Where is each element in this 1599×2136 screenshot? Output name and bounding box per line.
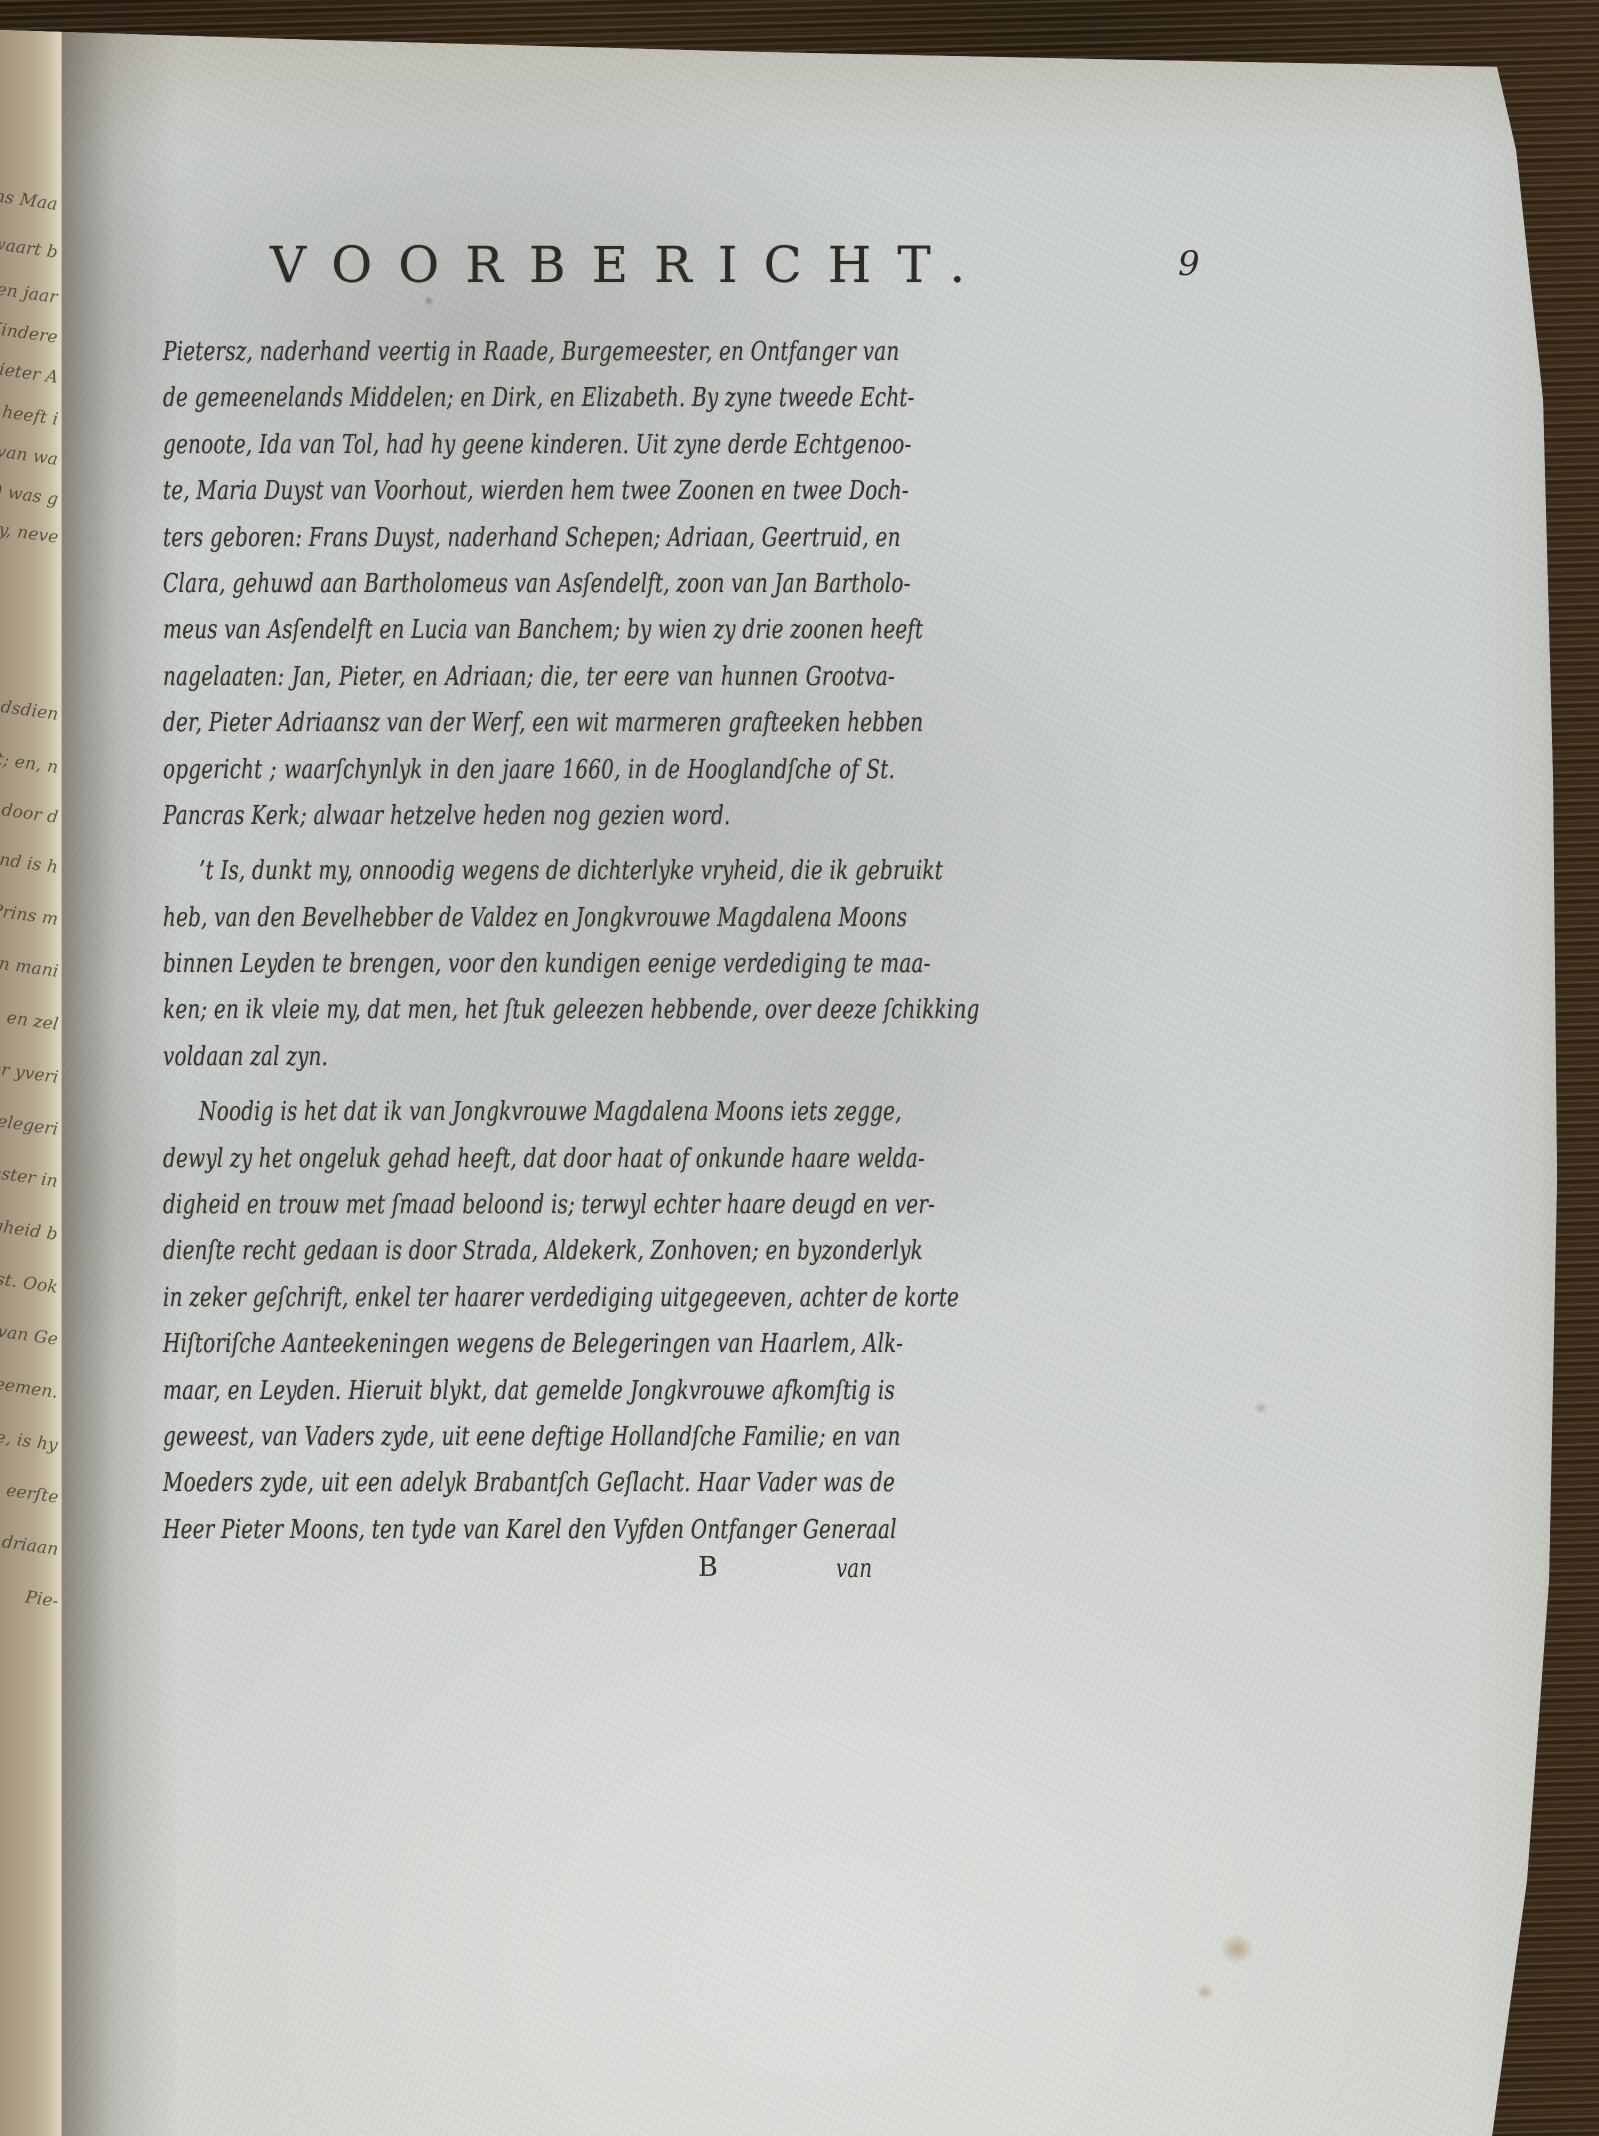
previous-page-edge: rens Maaverwaart bden jaarr KinderePiete…: [0, 0, 62, 2136]
previous-page-text-fragment: ars door d: [0, 796, 59, 828]
previous-page-text-fragment: hy, neve: [0, 518, 59, 548]
previous-page-text-fragment: n, en zel: [0, 1005, 59, 1035]
stain-spot: [1196, 1984, 1214, 2000]
previous-page-text-fragment: Adriaan: [0, 1530, 59, 1559]
previous-page-text-fragment: en mani: [0, 952, 59, 982]
previous-page-text-fragment: zeer yveri: [0, 1056, 59, 1088]
previous-page-text-fragment: s Prins m: [0, 899, 59, 930]
previous-page-text-fragment: den jaar: [0, 278, 59, 308]
previous-page-text-fragment: ) was g: [0, 481, 59, 510]
book-page: VOORBERICHT. 9 Pietersz, naderhand veert…: [0, 0, 1599, 2136]
previous-page-text-fragment: Godsdien: [0, 694, 59, 725]
signature-mark: B: [698, 1552, 718, 1583]
previous-page-text-fragment: cht; en, n: [0, 747, 59, 778]
stain-spot: [1220, 1934, 1254, 1964]
previous-page-text-fragment: Pieter A: [0, 358, 59, 388]
stain-spot: [1254, 1402, 1268, 1414]
text-line: voldaan zal zyn.: [163, 1026, 895, 1086]
page-title: VOORBERICHT.: [270, 236, 991, 294]
stain-spot: [424, 296, 434, 306]
previous-page-text-fragment: yne eerſte: [0, 1476, 59, 1508]
previous-page-text-fragment: Pie-: [23, 1587, 59, 1611]
previous-page-text-fragment: en van wa: [0, 438, 59, 470]
text-line: Heer Pieter Moons, ten tyde van Karel de…: [163, 1499, 895, 1559]
previous-page-text-fragment: meester in: [0, 1159, 59, 1192]
page-number: 9: [1178, 244, 1200, 284]
text-line: Pancras Kerk; alwaar hetzelve heden nog …: [163, 785, 895, 845]
previous-page-text-fragment: Belegeri: [0, 1110, 59, 1140]
previous-page-text-fragment: e van Ge: [0, 1319, 59, 1349]
previous-page-text-fragment: rens Maa: [0, 184, 59, 215]
previous-page-text-fragment: r Kindere: [0, 316, 59, 347]
previous-page-text-fragment: verwaart b: [0, 230, 59, 263]
previous-page-text-fragment: rhand is h: [0, 846, 59, 878]
catchword: van: [836, 1552, 872, 1583]
previous-page-text-fragment: neemen.: [0, 1373, 59, 1403]
previous-page-text-fragment: eest. Ook: [0, 1267, 59, 1298]
previous-page-text-fragment: digheid b: [0, 1214, 59, 1245]
previous-page-text-fragment: de, is hy: [0, 1426, 59, 1456]
text-block: Pietersz, naderhand veertig in Raade, Bu…: [163, 328, 895, 1552]
photo-of-book-page: { "colors":{ "paper":"#cfd3d1", "ink":"#…: [0, 0, 1599, 2136]
previous-page-text-fragment: n heeft i: [0, 400, 59, 430]
